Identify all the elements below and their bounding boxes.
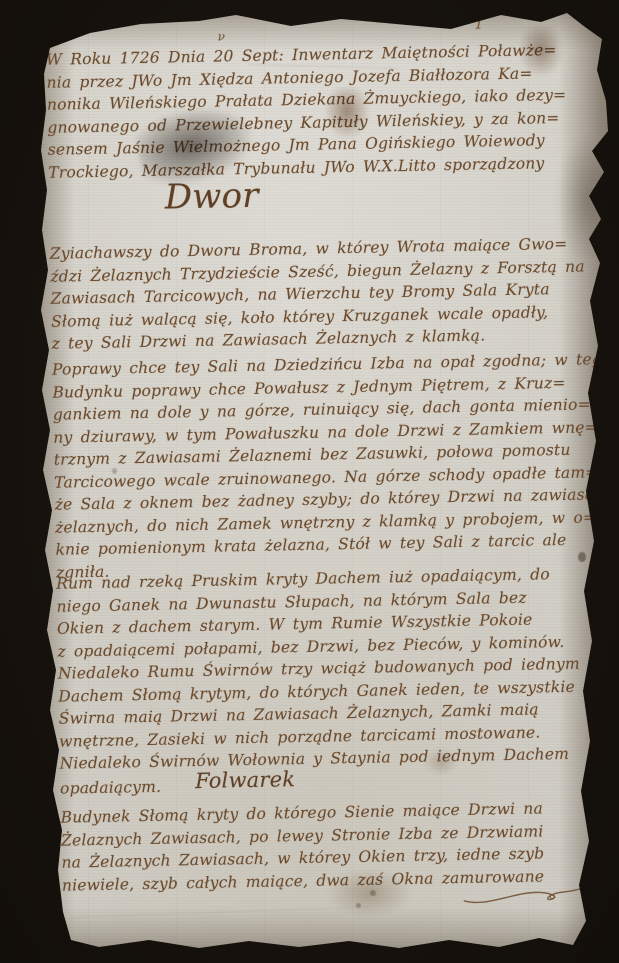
- header-paragraph: W Roku 1726 Dnia 20 Sept: Inwentarz Maię…: [46, 38, 588, 183]
- manuscript-page: ν 1 W Roku 1726 Dnia 20 Sept: Inwentarz …: [0, 0, 619, 963]
- section-heading-dwor: Dwor: [165, 185, 259, 209]
- pen-flourish: [460, 878, 593, 911]
- paragraph-sala: Poprawy chce tey Sali na Dziedzińcu Izba…: [52, 348, 596, 583]
- scanned-manuscript-photo: ν 1 W Roku 1726 Dnia 20 Sept: Inwentarz …: [0, 0, 619, 963]
- folio-number: 1: [474, 13, 484, 36]
- handwritten-text-layer: ν 1 W Roku 1726 Dnia 20 Sept: Inwentarz …: [0, 0, 619, 963]
- paragraph-brama: Zyiachawszy do Dworu Broma, w którey Wro…: [50, 232, 592, 355]
- section-heading-folwarek: Folwarek: [195, 768, 295, 792]
- manuscript-line: opadaiącym.: [60, 777, 161, 797]
- paragraph-rum: Rum nad rzeką Pruskim kryty Dachem iuż o…: [56, 562, 600, 797]
